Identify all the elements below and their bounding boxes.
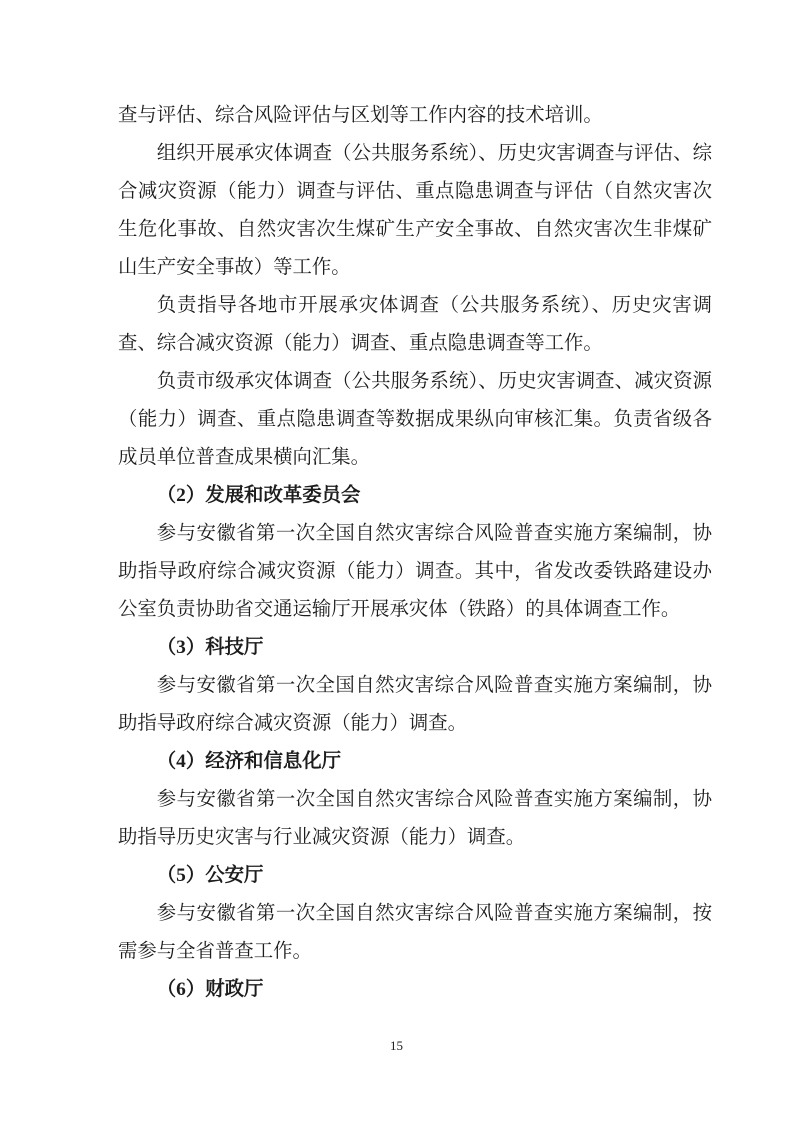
section-heading-3: （3）科技厅 bbox=[118, 629, 712, 667]
paragraph: 负责指导各地市开展承灾体调查（公共服务系统）、历史灾害调查、综合减灾资源（能力）… bbox=[118, 287, 712, 363]
document-page: 查与评估、综合风险评估与区划等工作内容的技术培训。 组织开展承灾体调查（公共服务… bbox=[0, 0, 793, 1122]
section-heading-6: （6）财政厅 bbox=[118, 971, 712, 1009]
section-heading-2: （2）发展和改革委员会 bbox=[118, 477, 712, 515]
section-heading-5: （5）公安厅 bbox=[118, 857, 712, 895]
paragraph: 参与安徽省第一次全国自然灾害综合风险普查实施方案编制，协助指导政府综合减灾资源（… bbox=[118, 667, 712, 743]
paragraph: 负责市级承灾体调查（公共服务系统）、历史灾害调查、减灾资源（能力）调查、重点隐患… bbox=[118, 363, 712, 477]
section-heading-4: （4）经济和信息化厅 bbox=[118, 743, 712, 781]
paragraph: 参与安徽省第一次全国自然灾害综合风险普查实施方案编制，协助指导历史灾害与行业减灾… bbox=[118, 781, 712, 857]
paragraph-continued: 查与评估、综合风险评估与区划等工作内容的技术培训。 bbox=[118, 97, 712, 135]
paragraph: 组织开展承灾体调查（公共服务系统）、历史灾害调查与评估、综合减灾资源（能力）调查… bbox=[118, 135, 712, 287]
page-number: 15 bbox=[0, 1038, 793, 1054]
paragraph: 参与安徽省第一次全国自然灾害综合风险普查实施方案编制，按需参与全省普查工作。 bbox=[118, 895, 712, 971]
paragraph: 参与安徽省第一次全国自然灾害综合风险普查实施方案编制，协助指导政府综合减灾资源（… bbox=[118, 515, 712, 629]
document-text-block: 查与评估、综合风险评估与区划等工作内容的技术培训。 组织开展承灾体调查（公共服务… bbox=[118, 97, 712, 1009]
